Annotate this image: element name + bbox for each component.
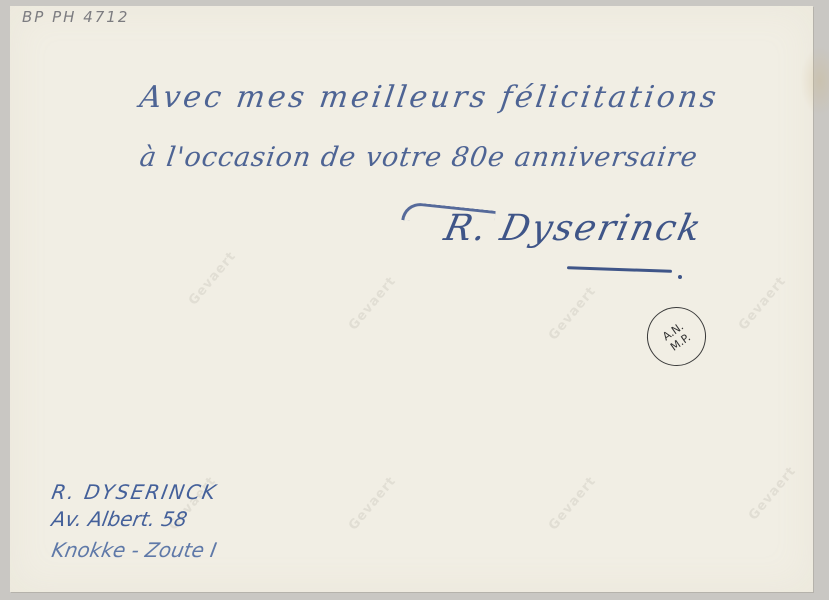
- paper-stain: [800, 46, 829, 116]
- watermark: Gevaert: [546, 284, 599, 344]
- sender-name: R. DYSERINCK: [50, 480, 220, 504]
- watermark: Gevaert: [546, 474, 599, 534]
- watermark: Gevaert: [746, 464, 799, 524]
- watermark: Gevaert: [346, 474, 399, 534]
- sender-city: Knokke - Zoute I: [50, 538, 219, 562]
- watermark: Gevaert: [346, 274, 399, 334]
- archive-reference: BP PH 4712: [22, 8, 129, 26]
- signature: R. Dyserinck: [441, 208, 707, 249]
- message-line-2: à l'occasion de votre 80e anniversaire: [138, 142, 700, 173]
- message-line-1: Avec mes meilleurs félicitations: [138, 80, 722, 115]
- sender-street: Av. Albert. 58: [50, 507, 189, 531]
- watermark: Gevaert: [736, 274, 789, 334]
- watermark: Gevaert: [186, 249, 239, 309]
- signature-dot: [678, 275, 682, 279]
